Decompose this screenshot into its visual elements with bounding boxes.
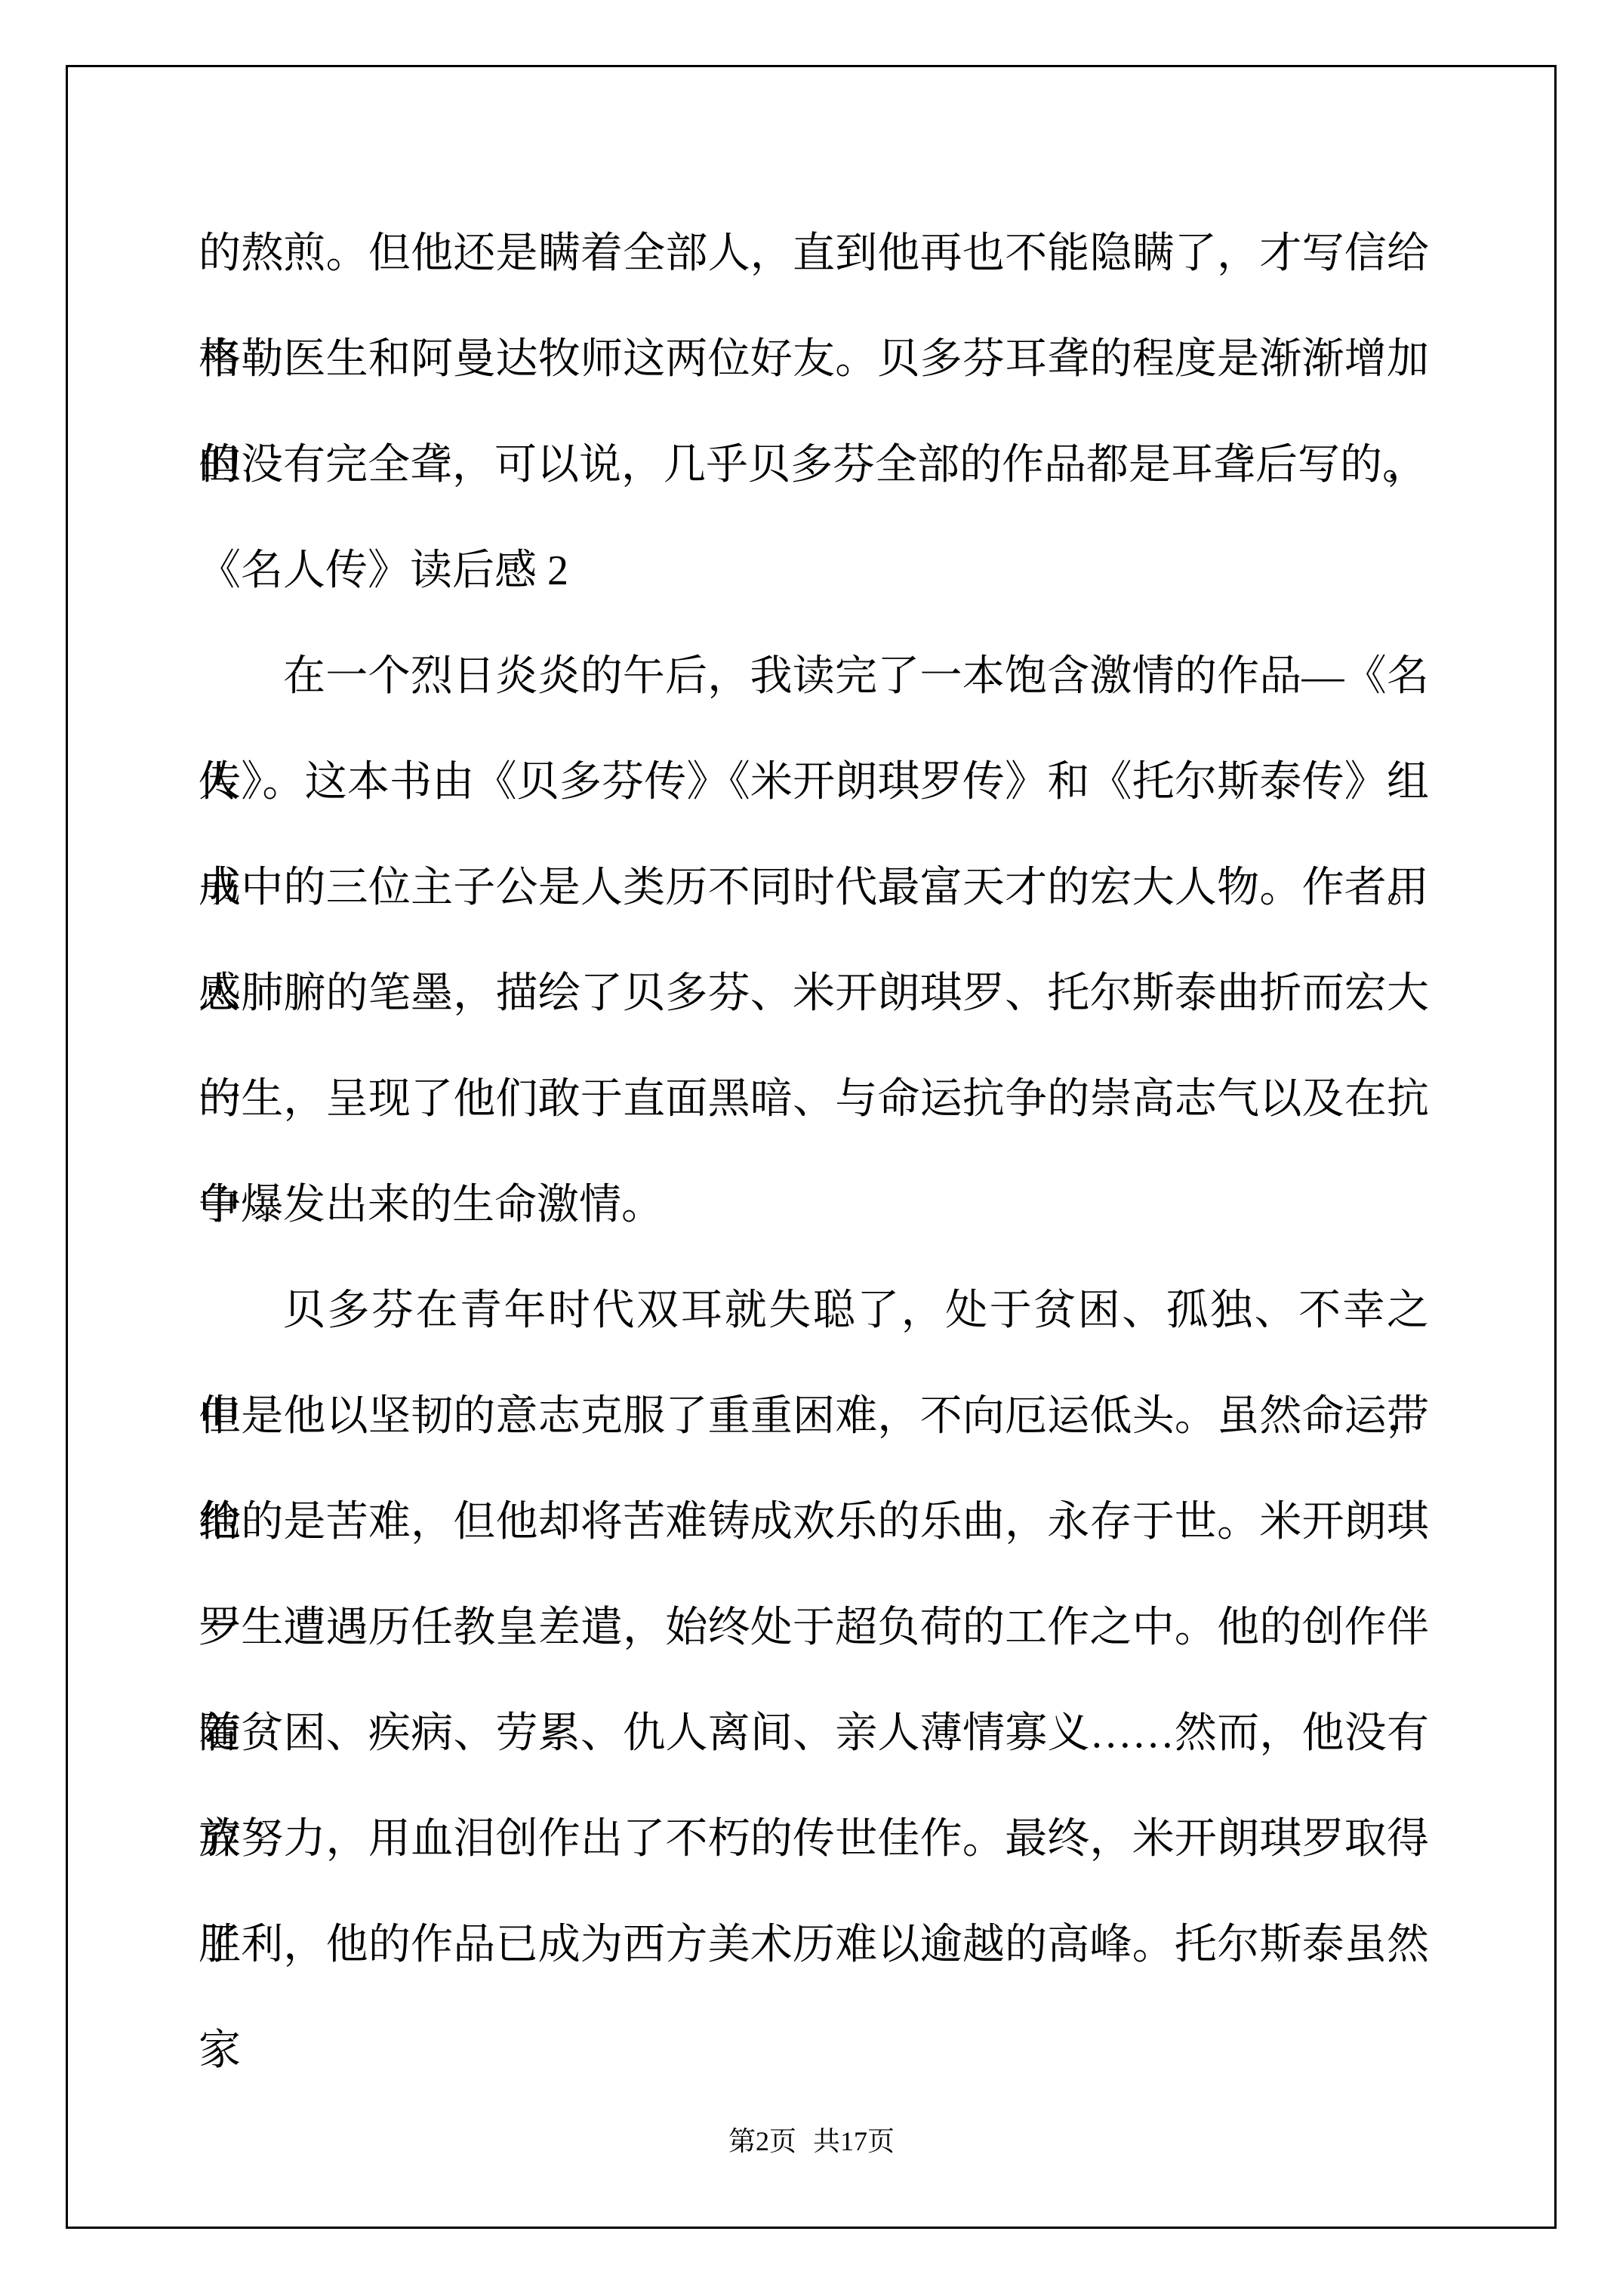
- text-line: 着贫困、疾病、劳累、仇人离间、亲人薄情寡义……然而，他没有放: [199, 1681, 1429, 1786]
- document-page: 的熬煎。但他还是瞒着全部人，直到他再也不能隐瞒了，才写信给韦格勒医生和阿曼达牧师…: [0, 0, 1623, 2296]
- text-line: 一生遭遇历任教皇差遣，始终处于超负荷的工作之中。他的创作伴随: [199, 1575, 1429, 1681]
- text-line: 的熬煎。但他还是瞒着全部人，直到他再也不能隐瞒了，才写信给韦: [199, 201, 1429, 307]
- text-line: 一生，呈现了他们敢于直面黑暗、与命运抗争的崇高志气以及在抗争: [199, 1046, 1429, 1152]
- page-footer: 第2页共17页: [0, 2120, 1623, 2162]
- text-line: 但没有完全聋，可以说，几乎贝多芬全部的作品都是耳聋后写的。: [199, 412, 1429, 518]
- text-line: 他的是苦难，但他却将苦难铸成欢乐的乐曲，永存于世。米开朗琪罗: [199, 1469, 1429, 1575]
- text-line: 书中的三位主子公是人类历不同时代最富天才的宏大人物。作者用感: [199, 835, 1429, 941]
- text-line: 中爆发出来的生命激情。: [199, 1152, 1429, 1258]
- document-body: 的熬煎。但他还是瞒着全部人，直到他再也不能隐瞒了，才写信给韦格勒医生和阿曼达牧师…: [199, 201, 1429, 1998]
- text-line: 传》。这本书由《贝多芬传》《米开朗琪罗传》和《托尔斯泰传》组成。: [199, 729, 1429, 835]
- text-line: 《名人传》读后感 2: [199, 518, 1429, 624]
- text-line: 人肺腑的笔墨，描绘了贝多芬、米开朗琪罗、托尔斯泰曲折而宏大的: [199, 941, 1429, 1046]
- footer-page-number: 第2页: [728, 2126, 796, 2156]
- footer-total-pages: 共17页: [813, 2126, 895, 2156]
- text-line: 贝多芬在青年时代双耳就失聪了，处于贫困、孤独、不幸之中，: [199, 1258, 1429, 1364]
- text-line: 胜利，他的作品已成为西方美术历难以逾越的高峰。托尔斯泰虽然家: [199, 1892, 1429, 1998]
- text-line: 在一个烈日炎炎的午后，我读完了一本饱含激情的作品—《名人: [199, 624, 1429, 729]
- text-line: 弃努力，用血泪创作出了不朽的传世佳作。最终，米开朗琪罗取得了: [199, 1786, 1429, 1892]
- text-line: 格勒医生和阿曼达牧师这两位好友。贝多芬耳聋的程度是渐渐增加的，: [199, 307, 1429, 412]
- text-line: 但是他以坚韧的意志克服了重重困难，不向厄运低头。虽然命运带给: [199, 1364, 1429, 1469]
